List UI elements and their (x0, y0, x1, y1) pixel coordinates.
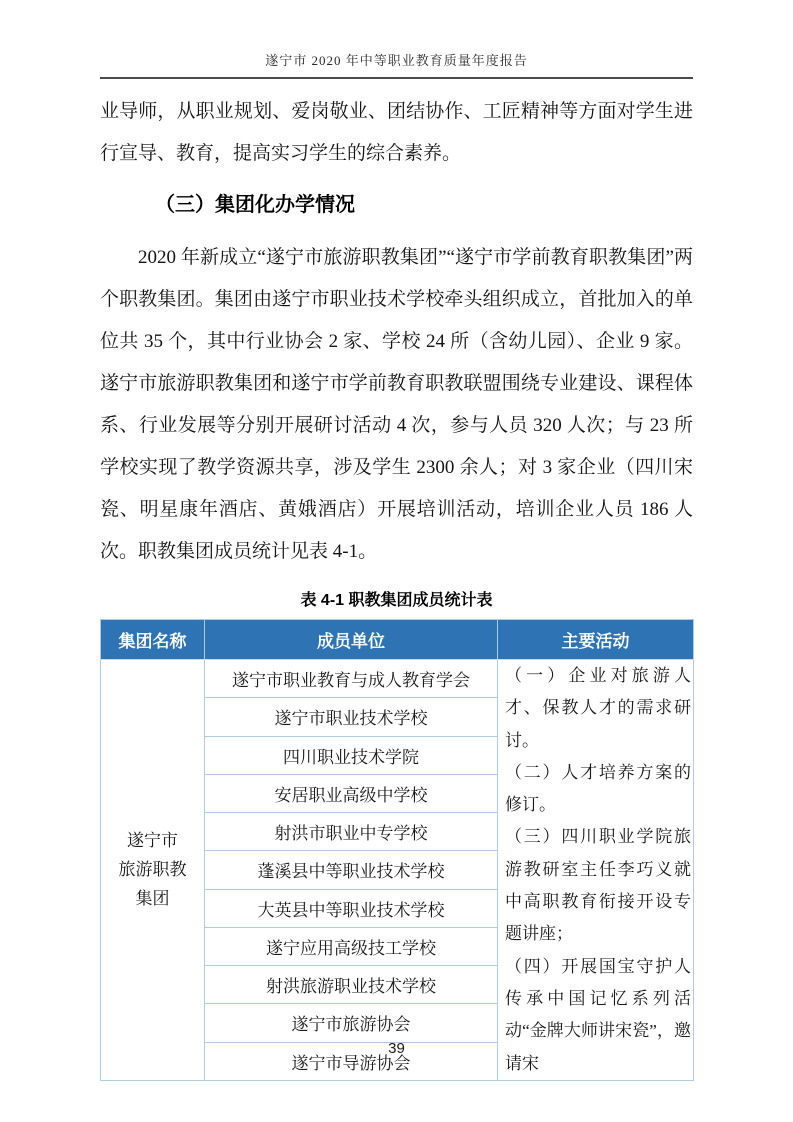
page-header: 遂宁市 2020 年中等职业教育质量年度报告 (100, 52, 693, 79)
member-unit-cell: 大英县中等职业技术学校 (205, 889, 498, 927)
table-header-member-unit: 成员单位 (205, 620, 498, 660)
member-unit-cell: 遂宁市旅游协会 (205, 1004, 498, 1042)
member-unit-cell: 射洪旅游职业技术学校 (205, 966, 498, 1004)
activity-item: （四）开展国宝守护人传承中国记忆系列活动“金牌大师讲宋瓷”，邀请宋 (505, 951, 691, 1080)
main-activities-cell: （一）企业对旅游人才、保教人才的需求研讨。 （二）人才培养方案的修订。 （三）四… (498, 660, 694, 1081)
member-unit-cell: 遂宁市职业教育与成人教育学会 (205, 660, 498, 698)
table-header-row: 集团名称 成员单位 主要活动 (101, 620, 694, 660)
member-unit-cell: 遂宁应用高级技工学校 (205, 927, 498, 965)
table-header-main-activities: 主要活动 (498, 620, 694, 660)
member-unit-cell: 四川职业技术学院 (205, 736, 498, 774)
page-number: 39 (0, 1040, 793, 1057)
page-header-title: 遂宁市 2020 年中等职业教育质量年度报告 (100, 52, 693, 69)
member-unit-cell: 遂宁市职业技术学校 (205, 698, 498, 736)
member-unit-cell: 安居职业高级中学校 (205, 774, 498, 812)
section-heading: （三）集团化办学情况 (100, 189, 693, 221)
table-row: 遂宁市 旅游职教 集团 遂宁市职业教育与成人教育学会 （一）企业对旅游人才、保教… (101, 660, 694, 698)
group-name-line: 遂宁市 (105, 826, 200, 855)
group-name-line: 旅游职教 (105, 855, 200, 884)
member-unit-cell: 蓬溪县中等职业技术学校 (205, 851, 498, 889)
paragraph-continuation: 业导师，从职业规划、爱岗敬业、团结协作、工匠精神等方面对学生进行宣导、教育，提高… (100, 91, 693, 175)
group-name-line: 集团 (105, 884, 200, 913)
activity-item: （三）四川职业学院旅游教研室主任李巧义就中高职教育衔接开设专题讲座； (505, 821, 691, 950)
document-page: 遂宁市 2020 年中等职业教育质量年度报告 业导师，从职业规划、爱岗敬业、团结… (0, 0, 793, 1122)
activity-item: （一）企业对旅游人才、保教人才的需求研讨。 (505, 660, 691, 757)
header-divider (100, 77, 693, 79)
member-unit-cell: 射洪市职业中专学校 (205, 813, 498, 851)
paragraph-main: 2020 年新成立“遂宁市旅游职教集团”“遂宁市学前教育职教集团”两个职教集团。… (100, 237, 693, 573)
table-caption: 表 4-1 职教集团成员统计表 (100, 587, 693, 610)
activity-item: （二）人才培养方案的修订。 (505, 757, 691, 822)
group-members-table: 集团名称 成员单位 主要活动 遂宁市 旅游职教 集团 遂宁市职业教育与成人教育学… (100, 619, 694, 1081)
page-body: 业导师，从职业规划、爱岗敬业、团结协作、工匠精神等方面对学生进行宣导、教育，提高… (100, 91, 693, 1081)
group-name-cell: 遂宁市 旅游职教 集团 (101, 660, 205, 1081)
table-header-group-name: 集团名称 (101, 620, 205, 660)
